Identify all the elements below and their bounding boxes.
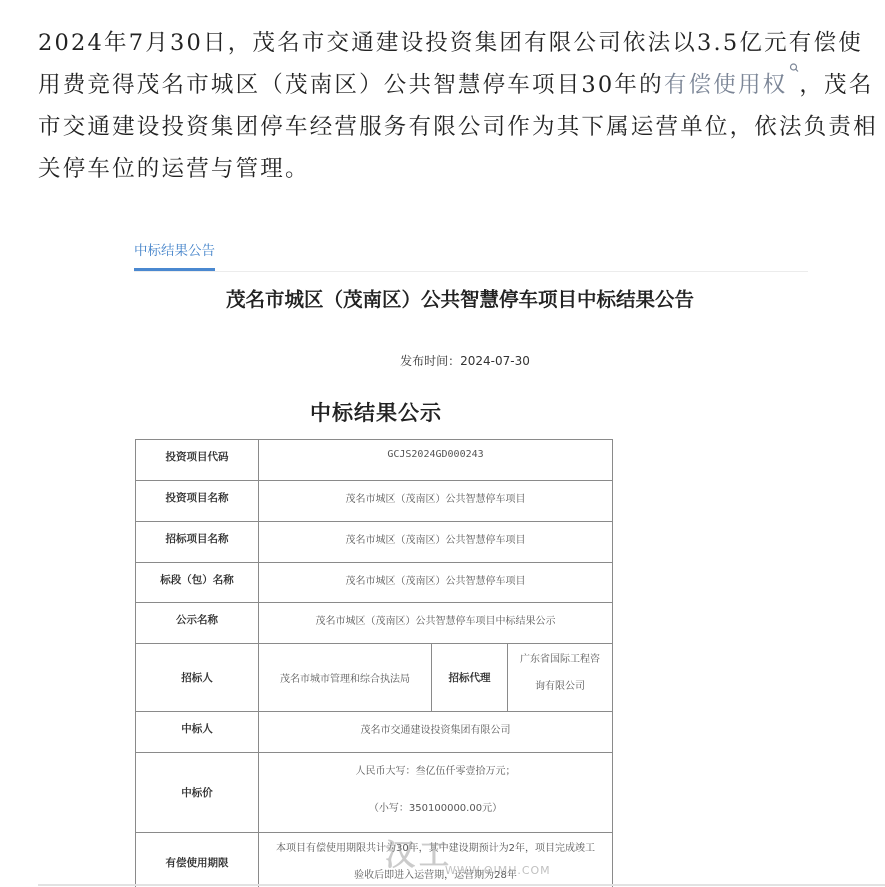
row-label: 招标项目名称 [136,522,259,563]
table-row-tenderer: 招标人 茂名市城市管理和综合执法局 招标代理 广东省国际工程咨 询有限公司 [136,644,613,712]
agent-value-line: 广东省国际工程咨 [520,654,600,665]
publish-time: 发布时间：2024-07-30 [0,352,885,369]
row-label: 公示名称 [136,603,259,644]
announcement-screenshot: 中标结果公告 茂名市城区（茂南区）公共智慧停车项目中标结果公告 发布时间：202… [0,225,885,887]
table-row-winner: 中标人 茂名市交通建设投资集团有限公司 [136,712,613,753]
result-heading: 中标结果公示 [310,397,442,427]
row-value: 茂名市城区（茂南区）公共智慧停车项目 [259,563,613,603]
agent-label: 招标代理 [432,644,508,712]
tab-bid-result-announcement[interactable]: 中标结果公告 [134,239,215,271]
bottom-divider [38,884,885,886]
article-paragraph: 2024年7月30日，茂名市交通建设投资集团有限公司依法以3.5亿元有偿使用费竞… [38,22,885,190]
winner-value: 茂名市交通建设投资集团有限公司 [259,712,613,753]
bid-result-table: 投资项目代码 GCJS2024GD000243 投资项目名称 茂名市城区（茂南区… [135,439,613,887]
usage-right-link[interactable]: 有偿使用权 [664,72,800,98]
agent-value-line: 询有限公司 [509,677,611,692]
row-label: 标段（包）名称 [136,563,259,603]
tenderer-value: 茂名市城市管理和综合执法局 [259,644,432,712]
row-value: 茂名市城区（茂南区）公共智慧停车项目 [259,481,613,522]
link-text: 有偿使用权 [664,72,788,98]
agent-value: 广东省国际工程咨 询有限公司 [508,644,613,712]
table-row: 招标项目名称 茂名市城区（茂南区）公共智慧停车项目 [136,522,613,563]
table-row-price: 中标价 人民币大写：叁亿伍仟零壹拾万元； （小写：350100000.00元） [136,753,613,833]
row-value: GCJS2024GD000243 [259,440,613,481]
winner-label: 中标人 [136,712,259,753]
price-label: 中标价 [136,753,259,833]
term-line: 验收后即进入运营期，运营期为28年 [260,866,611,881]
price-line-lower: （小写：350100000.00元） [260,799,611,814]
search-icon[interactable] [789,62,799,78]
row-label: 投资项目代码 [136,440,259,481]
price-value: 人民币大写：叁亿伍仟零壹拾万元； （小写：350100000.00元） [259,753,613,833]
table-row: 投资项目代码 GCJS2024GD000243 [136,440,613,481]
table-row: 投资项目名称 茂名市城区（茂南区）公共智慧停车项目 [136,481,613,522]
tab-bar: 中标结果公告 [134,235,808,272]
term-line: 本项目有偿使用期限共计为30年，其中建设期预计为2年，项目完成竣工 [276,843,595,854]
term-label: 有偿使用期限 [136,833,259,887]
row-label: 投资项目名称 [136,481,259,522]
article-text: 2024年7月30日，茂名市交通建设投资集团有限公司依法以3.5亿元有偿使用费竞… [38,22,885,190]
row-value: 茂名市城区（茂南区）公共智慧停车项目中标结果公示 [259,603,613,644]
tenderer-label: 招标人 [136,644,259,712]
table-row: 公示名称 茂名市城区（茂南区）公共智慧停车项目中标结果公示 [136,603,613,644]
table-row: 标段（包）名称 茂名市城区（茂南区）公共智慧停车项目 [136,563,613,603]
notice-title: 茂名市城区（茂南区）公共智慧停车项目中标结果公告 [190,283,730,317]
term-value: 本项目有偿使用期限共计为30年，其中建设期预计为2年，项目完成竣工 验收后即进入… [259,833,613,887]
table-row-term: 有偿使用期限 本项目有偿使用期限共计为30年，其中建设期预计为2年，项目完成竣工… [136,833,613,887]
row-value: 茂名市城区（茂南区）公共智慧停车项目 [259,522,613,563]
price-line-upper: 人民币大写：叁亿伍仟零壹拾万元； [356,766,516,777]
